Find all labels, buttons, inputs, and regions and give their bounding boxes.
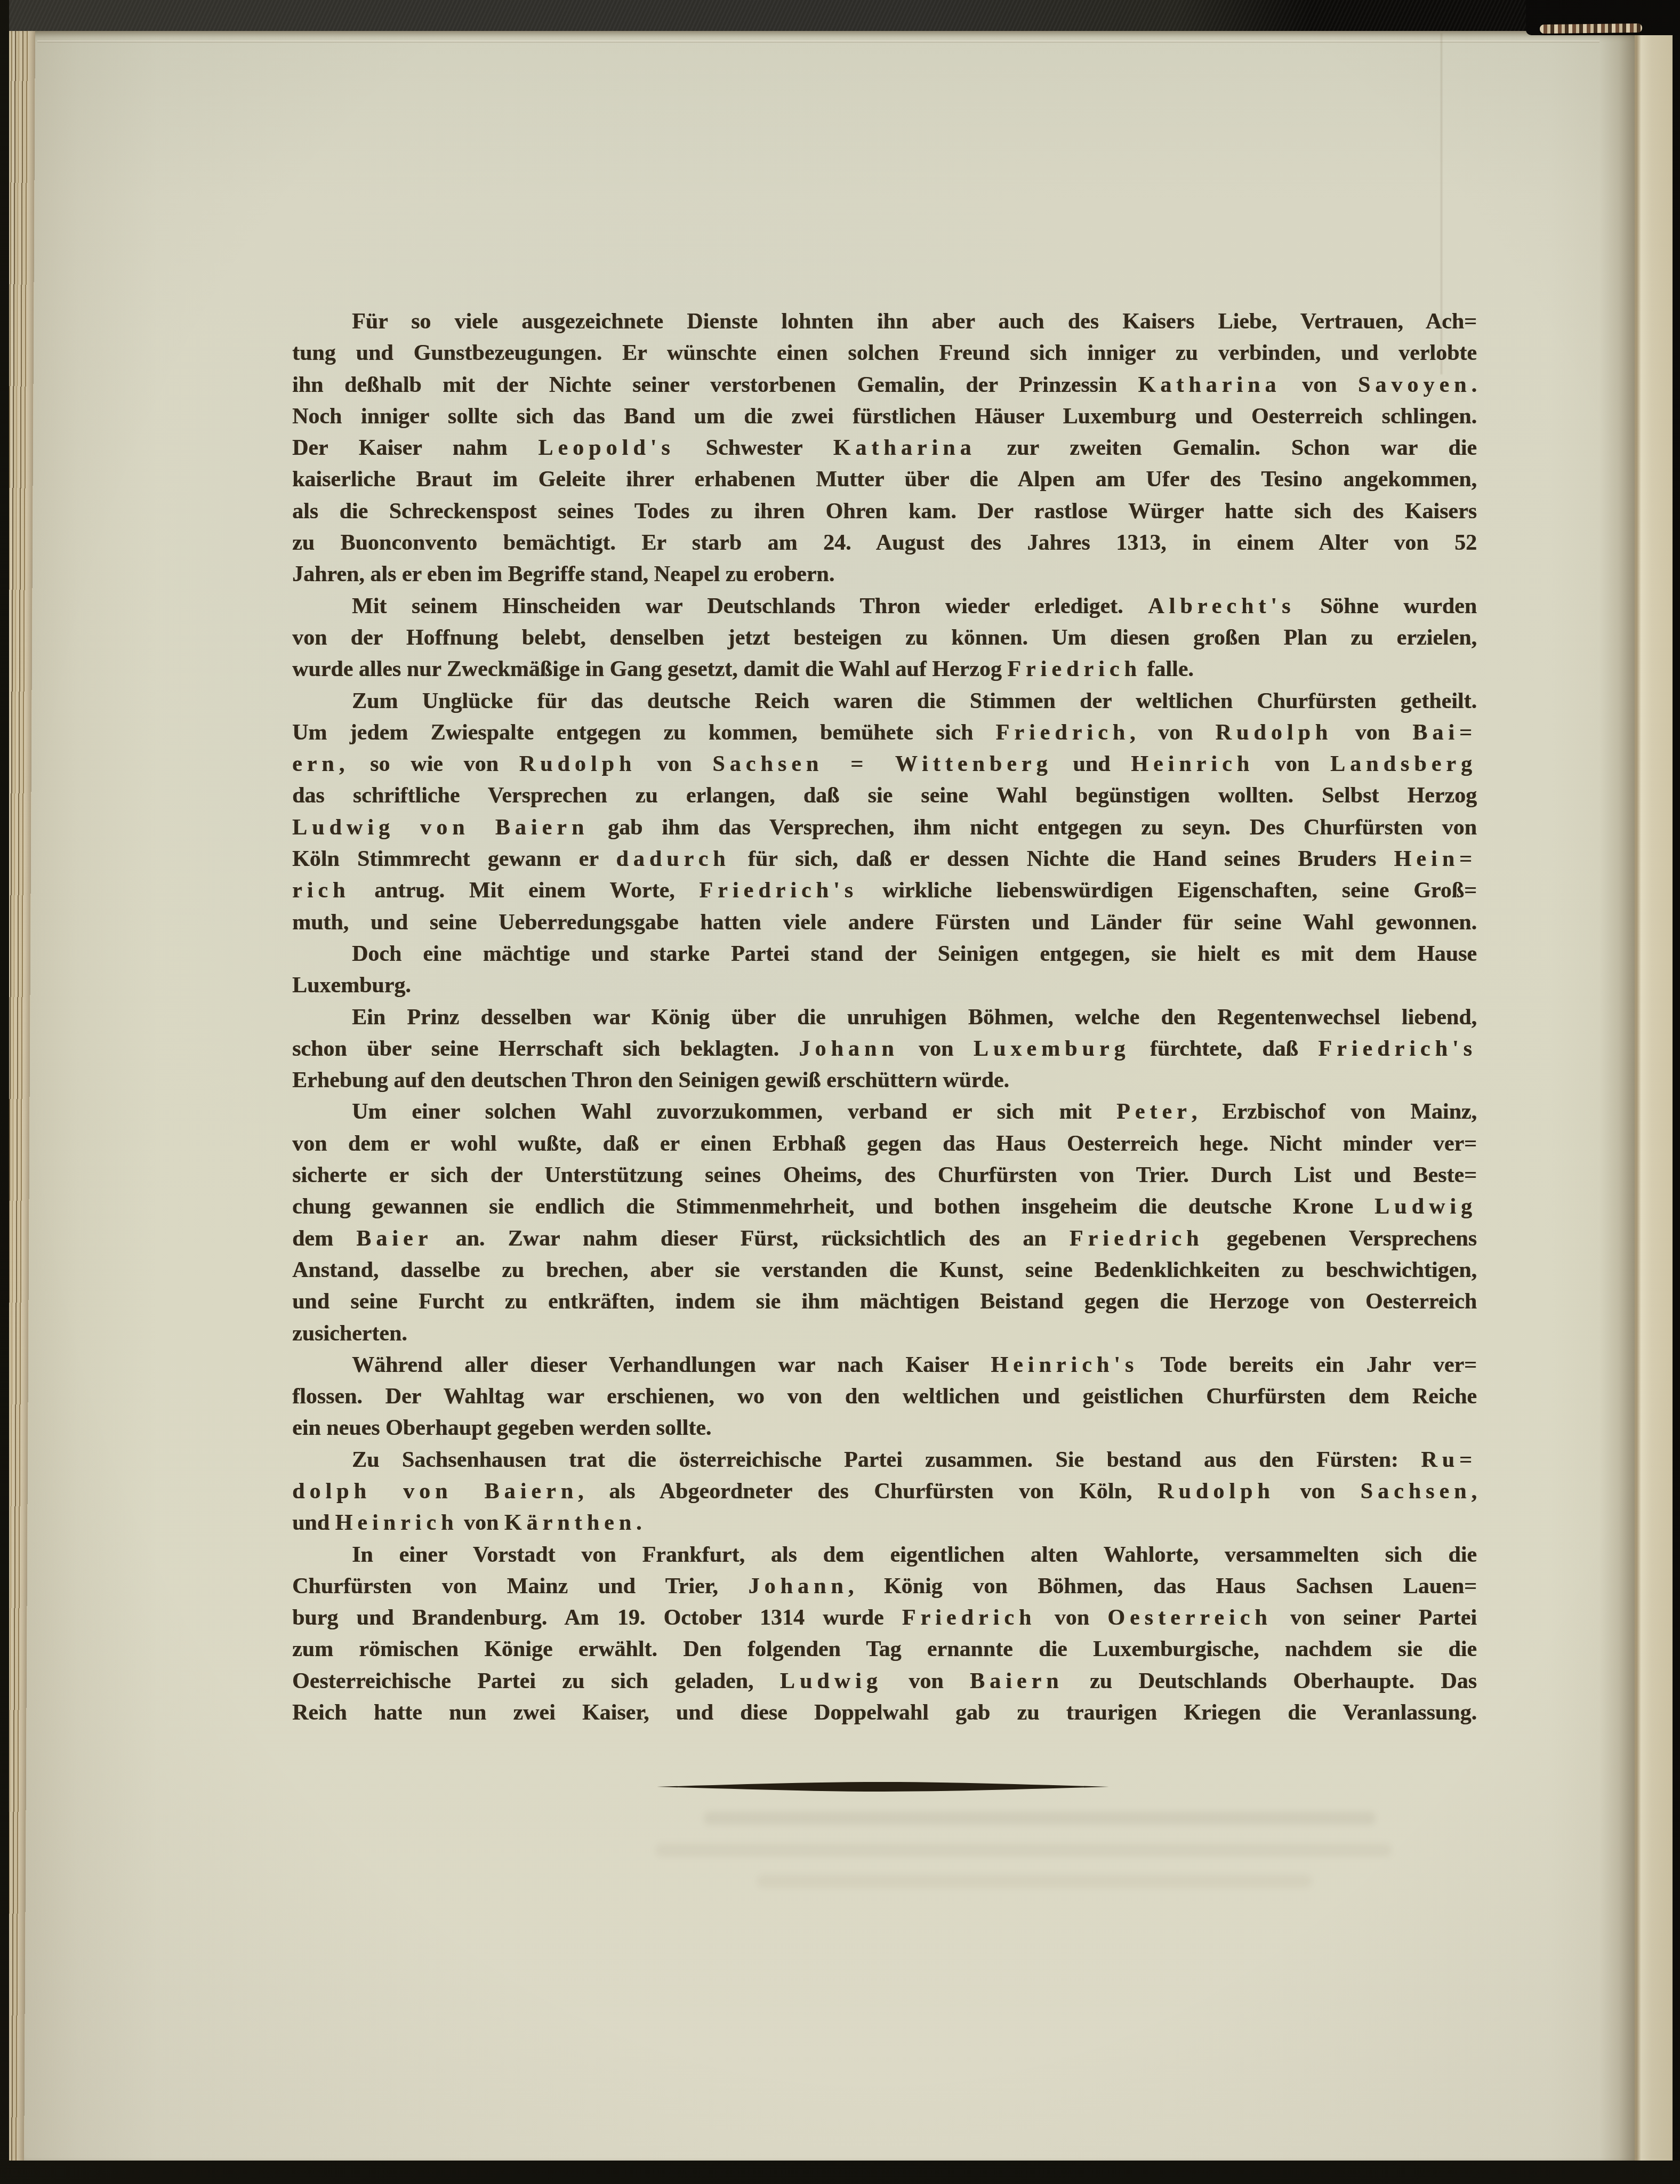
letterspaced-name: Savoyen <box>1358 373 1472 397</box>
letterspaced-name: Baier <box>356 1226 432 1251</box>
letterspaced-name: Heinrich <box>335 1511 459 1535</box>
section-divider-rule <box>655 1780 1111 1794</box>
text-line: Für so viele ausgezeichnete Dienste lohn… <box>292 306 1477 338</box>
text-line: und Heinrich von Kärnthen. <box>292 1507 1477 1539</box>
paragraph: Mit seinem Hinscheiden war Deutschlands … <box>292 591 1477 686</box>
paragraph: Ein Prinz desselben war König über die u… <box>292 1002 1477 1097</box>
background-right-edge <box>1673 0 1680 2184</box>
letterspaced-name: Johann <box>799 1037 898 1061</box>
paragraph: Zum Unglücke für das deutsche Reich ware… <box>292 686 1477 938</box>
letterspaced-name: Peter <box>1116 1099 1192 1124</box>
background-top-edge <box>0 0 1680 31</box>
text-line: Ein Prinz desselben war König über die u… <box>292 1002 1477 1033</box>
text-line: tung und Gunstbezeugungen. Er wünschte e… <box>292 338 1477 369</box>
text-line: als die Schreckenspost seines Todes zu i… <box>292 496 1477 527</box>
text-line: dem Baier an. Zwar nahm dieser Fürst, rü… <box>292 1223 1477 1255</box>
text-line: burg und Brandenburg. Am 19. October 131… <box>292 1602 1477 1634</box>
letterspaced-name: Luxemburg <box>974 1037 1130 1061</box>
text-line: Noch inniger sollte sich das Band um die… <box>292 401 1477 432</box>
letterspaced-name: Sachsen = Wittenberg <box>712 752 1052 776</box>
ink-bleedthrough <box>656 1844 1392 1857</box>
ink-bleedthrough <box>704 1812 1376 1825</box>
letterspaced-name: Rudolph <box>1216 720 1333 745</box>
letterspaced-name: Katharina <box>833 436 976 460</box>
text-line: ein neues Oberhaupt gegeben werden sollt… <box>292 1412 1477 1444</box>
letterspaced-name: Ru= <box>1421 1448 1477 1472</box>
letterspaced-name: rich <box>292 878 350 903</box>
letterspaced-name: Landsberg <box>1330 752 1477 776</box>
letterspaced-name: Friedrich <box>996 720 1130 745</box>
text-line: Um jedem Zwiespalte entgegen zu kommen, … <box>292 717 1477 749</box>
paragraph: In einer Vorstadt von Frankfurt, als dem… <box>292 1539 1477 1729</box>
background-bottom-edge <box>0 2161 1680 2184</box>
text-line: muth, und seine Ueberredungsgabe hatten … <box>292 907 1477 938</box>
paragraph: Für so viele ausgezeichnete Dienste lohn… <box>292 306 1477 591</box>
next-page-edge <box>1635 33 1673 2164</box>
paragraph: Während aller dieser Verhandlungen war n… <box>292 1350 1477 1444</box>
book-headband <box>1540 23 1642 34</box>
letterspaced-name: dadurch <box>616 847 730 871</box>
text-line: Zum Unglücke für das deutsche Reich ware… <box>292 686 1477 717</box>
text-line: zusicherten. <box>292 1318 1477 1350</box>
text-line: kaiserliche Braut im Geleite ihrer erhab… <box>292 464 1477 495</box>
text-line: dolph von Baiern, als Abgeordneter des C… <box>292 1476 1477 1507</box>
letterspaced-name: Bai= <box>1412 720 1477 745</box>
text-line: sicherte er sich der Unterstützung seine… <box>292 1160 1477 1191</box>
letterspaced-name: Hein= <box>1394 847 1477 871</box>
letterspaced-name: Kärnthen <box>504 1511 636 1535</box>
letterspaced-name: Johann <box>749 1574 848 1599</box>
text-line: Churfürsten von Mainz und Trier, Johann,… <box>292 1571 1477 1602</box>
letterspaced-name: Ludwig von Baiern <box>292 815 589 840</box>
letterspaced-name: Rudolph <box>519 752 637 776</box>
text-line: Erhebung auf den deutschen Thron den Sei… <box>292 1065 1477 1096</box>
text-line: Zu Sachsenhausen trat die österreichisch… <box>292 1444 1477 1476</box>
text-line: ihn deßhalb mit der Nichte seiner versto… <box>292 370 1477 401</box>
letterspaced-name: dolph von Baiern <box>292 1479 578 1504</box>
text-line: zu Buonconvento bemächtigt. Er starb am … <box>292 527 1477 559</box>
letterspaced-name: Ludwig <box>1374 1194 1477 1219</box>
letterspaced-name: Oesterreich <box>1107 1605 1272 1630</box>
text-line: wurde alles nur Zweckmäßige in Gang gese… <box>292 654 1477 685</box>
letterspaced-name: Albrecht's <box>1148 594 1295 619</box>
paragraph: Doch eine mächtige und starke Partei sta… <box>292 938 1477 1002</box>
text-line: Doch eine mächtige und starke Partei sta… <box>292 938 1477 970</box>
background-left-edge <box>0 0 9 2184</box>
letterspaced-name: Rudolph <box>1157 1479 1275 1504</box>
book-scan: Für so viele ausgezeichnete Dienste lohn… <box>0 0 1680 2184</box>
letterspaced-name: ern, <box>292 752 349 776</box>
text-line: zum römischen Könige erwählt. Den folgen… <box>292 1634 1477 1665</box>
letterspaced-name: Katharina <box>1138 373 1281 397</box>
letterspaced-name: Heinrich's <box>991 1353 1138 1377</box>
text-line: Luxemburg. <box>292 970 1477 1001</box>
page-text: Für so viele ausgezeichnete Dienste lohn… <box>292 306 1477 1729</box>
text-line: In einer Vorstadt von Frankfurt, als dem… <box>292 1539 1477 1571</box>
paragraph: Zu Sachsenhausen trat die österreichisch… <box>292 1444 1477 1539</box>
gutter-fold-shadow <box>1599 31 1635 2164</box>
text-line: von der Hoffnung belebt, denselben jetzt… <box>292 622 1477 654</box>
letterspaced-name: Friedrich's <box>1318 1037 1477 1061</box>
text-line: Anstand, dasselbe zu brechen, aber sie v… <box>292 1255 1477 1286</box>
text-line: ern, so wie von Rudolph von Sachsen = Wi… <box>292 749 1477 780</box>
letterspaced-name: Friedrich <box>902 1605 1036 1630</box>
letterspaced-name: Friedrich <box>1070 1226 1204 1251</box>
text-line: Oesterreichische Partei zu sich geladen,… <box>292 1666 1477 1697</box>
text-line: Um einer solchen Wahl zuvorzukommen, ver… <box>292 1096 1477 1128</box>
text-line: flossen. Der Wahltag war erschienen, wo … <box>292 1381 1477 1412</box>
text-line: Ludwig von Baiern gab ihm das Verspreche… <box>292 812 1477 844</box>
letterspaced-name: Sachsen <box>1361 1479 1472 1504</box>
letterspaced-name: Baiern <box>970 1669 1064 1693</box>
text-line: schon über seine Herrschaft sich beklagt… <box>292 1033 1477 1065</box>
text-line: rich antrug. Mit einem Worte, Friedrich'… <box>292 875 1477 906</box>
text-line: das schriftliche Versprechen zu erlangen… <box>292 780 1477 812</box>
text-line: und seine Furcht zu entkräften, indem si… <box>292 1286 1477 1318</box>
paragraph: Um einer solchen Wahl zuvorzukommen, ver… <box>292 1096 1477 1349</box>
text-line: Jahren, als er eben im Begriffe stand, N… <box>292 559 1477 590</box>
text-line: Reich hatte nun zwei Kaiser, und diese D… <box>292 1697 1477 1729</box>
swelled-rule-shape <box>657 1782 1109 1792</box>
letterspaced-name: Friedrich's <box>699 878 858 903</box>
text-line: Mit seinem Hinscheiden war Deutschlands … <box>292 591 1477 622</box>
letterspaced-name: Leopold's <box>538 436 674 460</box>
letterspaced-name: Heinrich <box>1131 752 1254 776</box>
text-line: Der Kaiser nahm Leopold's Schwester Kath… <box>292 432 1477 464</box>
letterspaced-name: Friedrich <box>1007 657 1142 681</box>
text-line: Während aller dieser Verhandlungen war n… <box>292 1350 1477 1381</box>
letterspaced-name: Ludwig <box>780 1669 882 1693</box>
text-line: chung gewannen sie endlich die Stimmenme… <box>292 1191 1477 1223</box>
text-line: Köln Stimmrecht gewann er dadurch für si… <box>292 844 1477 875</box>
ink-bleedthrough <box>757 1875 1312 1888</box>
text-line: von dem er wohl wußte, daß er einen Erbh… <box>292 1128 1477 1160</box>
paper-crease-horizontal <box>37 41 1599 43</box>
